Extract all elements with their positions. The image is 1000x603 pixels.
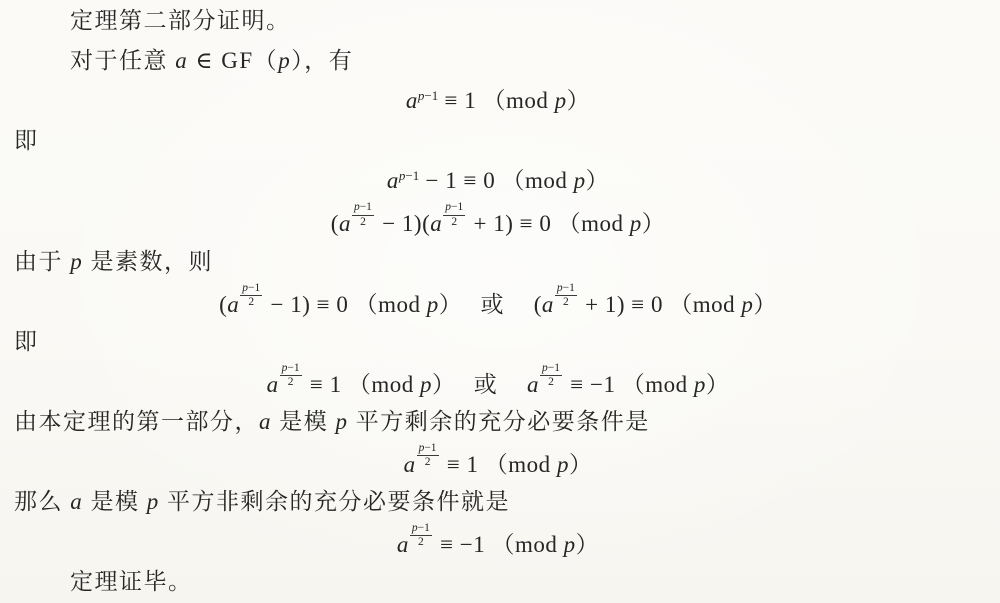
equation-line: ap−12 ≡ 1 （mod p） 或 ap−12 ≡ −1 （mod p） [14,362,982,402]
text-line: 即 [14,322,982,362]
text-line: 即 [14,121,982,161]
text-line: 由于 p 是素数，则 [14,242,982,282]
equation-line: ap−12 ≡ −1 （mod p） [14,522,982,562]
text-line: 由本定理的第一部分，a 是模 p 平方剩余的充分必要条件是 [14,402,982,442]
text-line: 对于任意 a ∈ GF（p），有 [14,41,982,81]
equation-line: ap−12 ≡ 1 （mod p） [14,442,982,482]
equation-line: (ap−12 − 1)(ap−12 + 1) ≡ 0 （mod p） [14,201,982,241]
equation-line: (ap−12 − 1) ≡ 0 （mod p） 或 (ap−12 + 1) ≡ … [14,282,982,322]
text-line: 定理证毕。 [14,562,982,602]
document-page: 定理第二部分证明。对于任意 a ∈ GF（p），有ap−1 ≡ 1 （mod p… [0,0,1000,603]
page-content: 定理第二部分证明。对于任意 a ∈ GF（p），有ap−1 ≡ 1 （mod p… [14,1,982,602]
equation-line: ap−1 ≡ 1 （mod p） [14,81,982,121]
text-line: 定理第二部分证明。 [14,1,982,41]
equation-line: ap−1 − 1 ≡ 0 （mod p） [14,161,982,201]
text-line: 那么 a 是模 p 平方非剩余的充分必要条件就是 [14,482,982,522]
